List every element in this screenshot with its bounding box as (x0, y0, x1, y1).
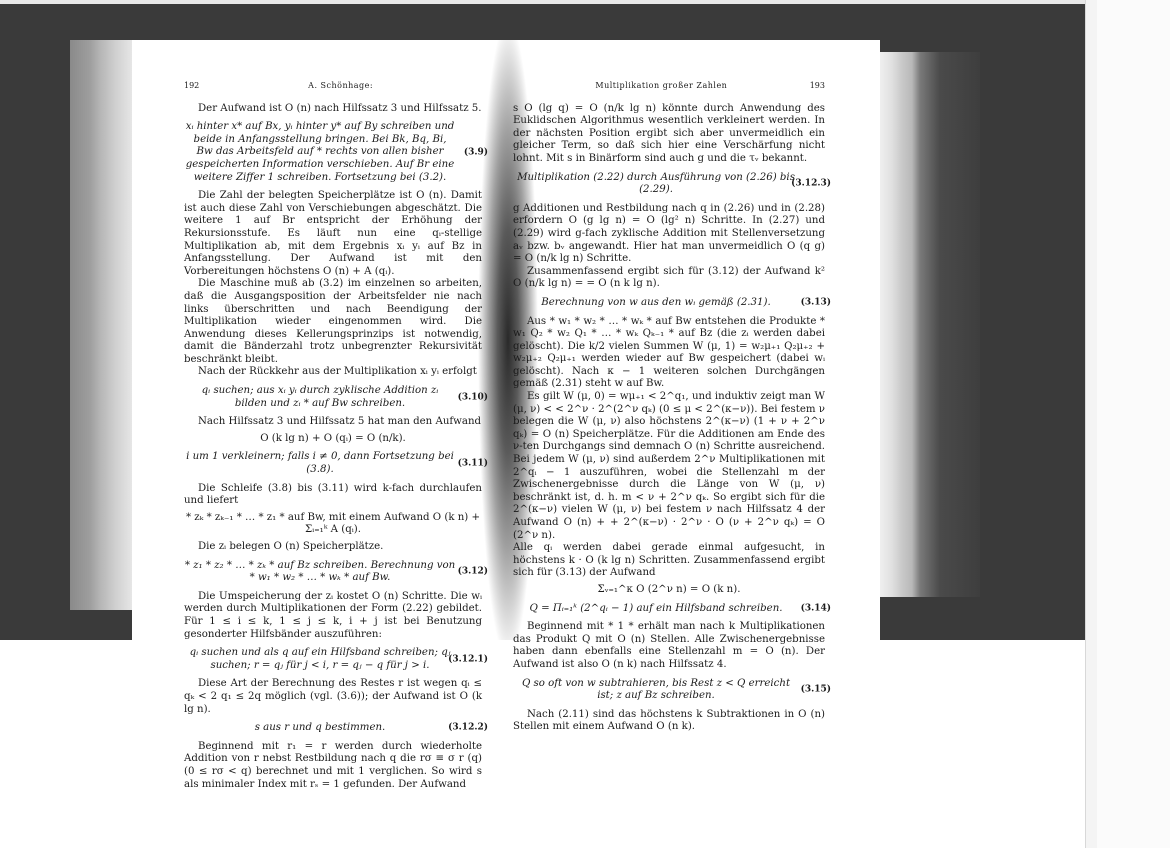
paragraph: g Additionen und Restbildung nach q in (… (513, 203, 825, 266)
step-number: (3.12.3) (791, 178, 831, 191)
step-number: (3.14) (801, 603, 831, 616)
display-formula: * zₖ * zₖ₋₁ * … * z₁ * auf Bw, mit einem… (184, 512, 482, 537)
paragraph: Beginnend mit r₁ = r werden durch wieder… (184, 741, 482, 791)
paragraph: Die Maschine muß ab (3.2) im einzelnen s… (184, 278, 482, 366)
algorithm-step: xᵢ hinter x* auf Bx, yᵢ hinter y* auf By… (184, 121, 482, 184)
step-number: (3.12.1) (448, 653, 488, 666)
step-text: Berechnung von w aus den wᵢ gemäß (2.31)… (541, 297, 770, 308)
step-text: * z₁ * z₂ * … * zₖ * auf Bz schreiben. B… (185, 560, 455, 584)
left-running-header: 192 A. Schönhage: (184, 80, 482, 93)
paragraph: Der Aufwand ist O (n) nach Hilfssatz 3 u… (184, 103, 482, 116)
paragraph: Diese Art der Berechnung des Restes r is… (184, 678, 482, 716)
algorithm-step: qᵢ suchen; aus xᵢ yᵢ durch zyklische Add… (184, 385, 482, 410)
paragraph: Es gilt W (μ, 0) = wμ₊₁ < 2^q₁, und indu… (513, 391, 825, 542)
step-number: (3.13) (801, 297, 831, 310)
step-text: Q so oft von w subtrahieren, bis Rest z … (522, 678, 790, 702)
paragraph: Die zᵢ belegen O (n) Speicherplätze. (184, 541, 482, 554)
step-text: Multiplikation (2.22) durch Ausführung v… (517, 172, 795, 196)
paragraph: s O (lg q) = O (n/k lg n) könnte durch A… (513, 103, 825, 166)
right-running-header: Multiplikation großer Zahlen 193 (513, 80, 825, 93)
step-number: (3.9) (464, 146, 488, 159)
algorithm-step: Q so oft von w subtrahieren, bis Rest z … (513, 678, 825, 703)
step-text: xᵢ hinter x* auf Bx, yᵢ hinter y* auf By… (186, 121, 455, 182)
algorithm-step: * z₁ * z₂ * … * zₖ * auf Bz schreiben. B… (184, 560, 482, 585)
step-text: Q = Πᵢ₌₁ᵏ (2^qᵢ − 1) auf ein Hilfsband s… (529, 603, 782, 614)
paragraph: Nach (2.11) sind das höchstens k Subtrak… (513, 709, 825, 734)
algorithm-step: Q = Πᵢ₌₁ᵏ (2^qᵢ − 1) auf ein Hilfsband s… (513, 603, 825, 616)
step-number: (3.10) (458, 391, 488, 404)
right-page: Multiplikation großer Zahlen 193 s O (lg… (513, 80, 825, 734)
paragraph: Die Umspeicherung der zᵢ kostet O (n) Sc… (184, 591, 482, 641)
page-number: 192 (184, 80, 199, 93)
scanner-top-edge (0, 0, 1085, 4)
book-edge-right (880, 52, 980, 597)
paragraph: Beginnend mit * 1 * erhält man nach k Mu… (513, 621, 825, 671)
step-number: (3.12.2) (448, 722, 488, 735)
paragraph: Nach der Rückkehr aus der Multiplikation… (184, 366, 482, 379)
book-edge-left (70, 40, 132, 610)
algorithm-step: qᵢ suchen und als q auf ein Hilfsband sc… (184, 647, 482, 672)
step-text: qᵢ suchen und als q auf ein Hilfsband sc… (190, 647, 451, 671)
display-formula: O (k lg n) + O (qᵢ) = O (n/k). (184, 433, 482, 446)
step-text: s aus r und q bestimmen. (255, 722, 386, 733)
algorithm-step: s aus r und q bestimmen.(3.12.2) (184, 722, 482, 735)
algorithm-step: i um 1 verkleinern; falls i ≠ 0, dann Fo… (184, 451, 482, 476)
paragraph: Aus * w₁ * w₂ * … * wₖ * auf Bw entstehe… (513, 316, 825, 392)
right-page-body: s O (lg q) = O (n/k lg n) könnte durch A… (513, 103, 825, 734)
running-head: Multiplikation großer Zahlen (595, 80, 727, 93)
step-number: (3.15) (801, 684, 831, 697)
step-number: (3.11) (458, 458, 488, 471)
step-text: qᵢ suchen; aus xᵢ yᵢ durch zyklische Add… (202, 385, 439, 409)
display-formula: Σᵥ₌₁^κ O (2^ν n) = O (k n). (513, 584, 825, 597)
algorithm-step: Berechnung von w aus den wᵢ gemäß (2.31)… (513, 297, 825, 310)
step-number: (3.12) (458, 566, 488, 579)
left-page-body: Der Aufwand ist O (n) nach Hilfssatz 3 u… (184, 103, 482, 792)
algorithm-step: Multiplikation (2.22) durch Ausführung v… (513, 172, 825, 197)
page-number: 193 (810, 80, 825, 93)
paragraph: Alle qᵢ werden dabei gerade einmal aufge… (513, 542, 825, 580)
paragraph: Die Zahl der belegten Speicherplätze ist… (184, 190, 482, 278)
running-head: A. Schönhage: (308, 80, 373, 93)
paragraph: Zusammenfassend ergibt sich für (3.12) d… (513, 266, 825, 291)
step-text: i um 1 verkleinern; falls i ≠ 0, dann Fo… (186, 451, 454, 475)
blank-margin (1097, 0, 1170, 848)
left-page: 192 A. Schönhage: Der Aufwand ist O (n) … (184, 80, 482, 791)
paragraph: Die Schleife (3.8) bis (3.11) wird k-fac… (184, 483, 482, 508)
paragraph: Nach Hilfssatz 3 und Hilfssatz 5 hat man… (184, 416, 482, 429)
